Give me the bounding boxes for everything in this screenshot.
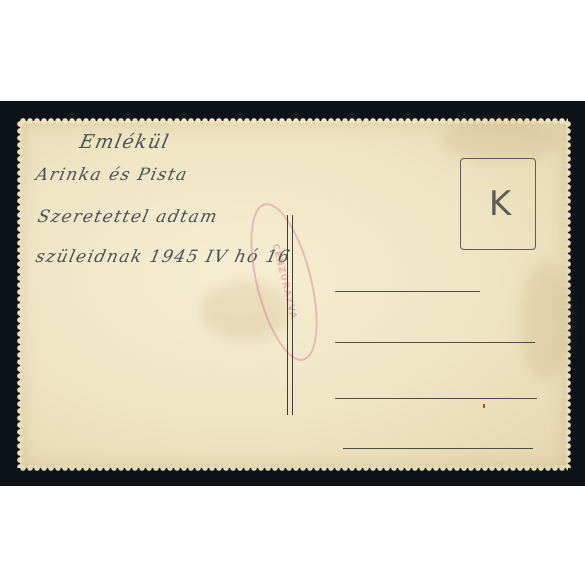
handwriting-line-1: Emlékül xyxy=(78,131,172,153)
postage-stamp-box: K xyxy=(460,158,536,250)
postcard: Emlékül Arinka és Pista Szeretettel adta… xyxy=(20,121,568,468)
handwriting-line-2: Arinka és Pista xyxy=(34,165,190,185)
deckle-edge-left xyxy=(17,121,23,468)
address-line xyxy=(335,342,535,343)
address-line xyxy=(335,291,480,292)
address-line xyxy=(343,448,533,449)
age-stain xyxy=(440,121,560,161)
k-monogram-icon: K xyxy=(489,184,507,224)
center-divider xyxy=(287,215,293,415)
age-stain xyxy=(520,261,570,381)
oval-stamp-text: CENZÚRÁZVA xyxy=(270,243,299,321)
deckle-edge-bottom xyxy=(20,465,568,471)
address-line xyxy=(335,398,537,399)
paper-speck xyxy=(483,404,485,408)
handwriting-line-3: Szeretettel adtam xyxy=(36,207,220,227)
